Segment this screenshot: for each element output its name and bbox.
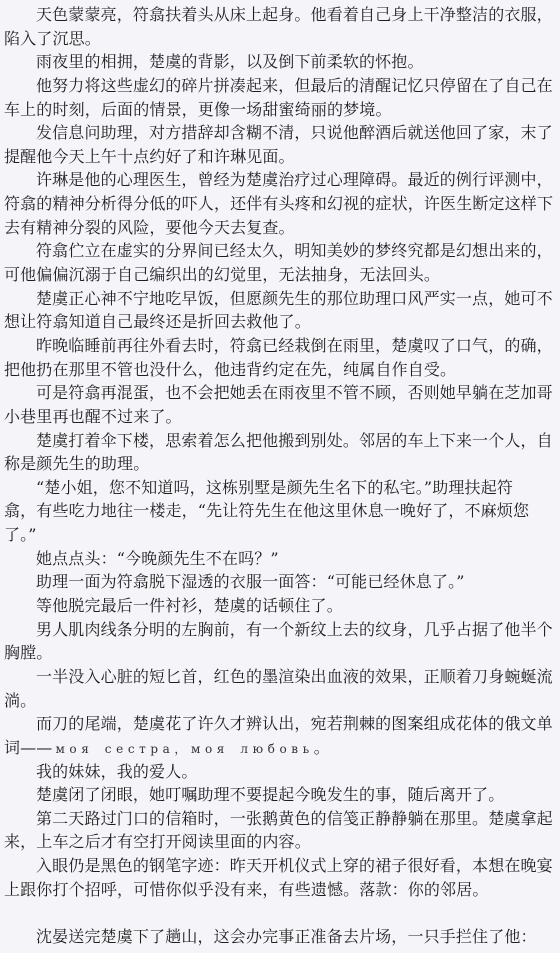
text-line: 一半没入心脏的短匕首，红色的墨渲染出血液的效果，正顺着刀身蜿蜒流 (4, 665, 560, 689)
text-line: 第二天路过门口的信箱时，一张鹅黄色的信笺正静静躺在那里。楚虞拿起 (4, 807, 560, 831)
text-line: 昨晚临睡前再往外看去时，符翕已经栽倒在雨里，楚虞叹了口气，的确， (4, 334, 560, 358)
text-line: 称是颜先生的助理。 (4, 452, 560, 476)
text-line: 符翕伫立在虚实的分界间已经太久，明知美妙的梦终究都是幻想出来的， (4, 239, 560, 263)
text-line: 助理一面为符翕脱下湿透的衣服一面答：“可能已经休息了。” (4, 570, 560, 594)
text-line: 提醒他今天上午十点约好了和许琳见面。 (4, 145, 560, 169)
text-line: 淌。 (4, 689, 560, 713)
text-line: 我的妹妹，我的爱人。 (4, 760, 560, 784)
scene-break (4, 901, 560, 925)
text-line: 翕，有些吃力地往一楼走，“先让符先生在他这里休息一晚好了，不麻烦您 (4, 499, 560, 523)
text-line: 男人肌肉线条分明的左胸前，有一个新纹上去的纹身，几乎占据了他半个 (4, 618, 560, 642)
paragraph: 天色蒙蒙亮，符翕扶着头从床上起身。他看着自己身上干净整洁的衣服， 陷入了沉思。 (4, 3, 560, 50)
paragraph: 昨晚临睡前再往外看去时，符翕已经栽倒在雨里，楚虞叹了口气，的确， 把他扔在那里不… (4, 334, 560, 381)
paragraph: 许琳是他的心理医生，曾经为楚虞治疗过心理障碍。最近的例行评测中， 符翕的精神分析… (4, 168, 560, 239)
paragraph: 可是符翕再混蛋，也不会把她丢在雨夜里不管不顾，否则她早躺在芝加哥 小巷里再也醒不… (4, 381, 560, 428)
paragraph: 助理一面为符翕脱下湿透的衣服一面答：“可能已经休息了。” (4, 570, 560, 594)
paragraph: 楚虞正心神不宁地吃早饭，但愿颜先生的那位助理口风严实一点，她可不 想让符翕知道自… (4, 287, 560, 334)
text-line: 等他脱完最后一件衬衫，楚虞的话顿住了。 (4, 594, 560, 618)
paragraph: 等他脱完最后一件衬衫，楚虞的话顿住了。 (4, 594, 560, 618)
text-line: 去有精神分裂的风险，要他今天去复查。 (4, 216, 560, 240)
paragraph: 楚虞闭了闭眼，她叮嘱助理不要提起今晚发生的事，随后离开了。 (4, 783, 560, 807)
russian-inscription: моя сестра，моя любовь (52, 742, 313, 756)
text-line: 许琳是他的心理医生，曾经为楚虞治疗过心理障碍。最近的例行评测中， (4, 168, 560, 192)
text-line: 小巷里再也醒不过来了。 (4, 405, 560, 429)
paragraph: 入眼仍是黑色的钢笔字迹：昨天开机仪式上穿的裙子很好看，本想在晚宴 上跟你打个招呼… (4, 854, 560, 901)
text-line: 可是符翕再混蛋，也不会把她丢在雨夜里不管不顾，否则她早躺在芝加哥 (4, 381, 560, 405)
reader-content[interactable]: 天色蒙蒙亮，符翕扶着头从床上起身。他看着自己身上干净整洁的衣服， 陷入了沉思。 … (0, 0, 560, 953)
text-line: 发信息问助理，对方措辞却含糊不清，只说他醉酒后就送他回了家，末了 (4, 121, 560, 145)
text-line: 可他偏偏沉溺于自己编织出的幻觉里，无法抽身，无法回头。 (4, 263, 560, 287)
text-line: 想让符翕知道自己最终还是折回去救他了。 (4, 310, 560, 334)
text-line: 楚虞闭了闭眼，她叮嘱助理不要提起今晚发生的事，随后离开了。 (4, 783, 560, 807)
text-line: 来，上车之后才有空打开阅读里面的内容。 (4, 830, 560, 854)
text-line: 胸膛。 (4, 641, 560, 665)
paragraph: 一半没入心脏的短匕首，红色的墨渲染出血液的效果，正顺着刀身蜿蜒流 淌。 (4, 665, 560, 712)
paragraph: 符翕伫立在虚实的分界间已经太久，明知美妙的梦终究都是幻想出来的， 可他偏偏沉溺于… (4, 239, 560, 286)
text-line: 她点点头：“今晚颜先生不在吗？” (4, 547, 560, 571)
paragraph: 我的妹妹，我的爱人。 (4, 760, 560, 784)
text-line: “楚小姐，您不知道吗，这栋别墅是颜先生名下的私宅。”助理扶起符 (4, 476, 560, 500)
paragraph: 第二天路过门口的信箱时，一张鹅黄色的信笺正静静躺在那里。楚虞拿起 来，上车之后才… (4, 807, 560, 854)
text-line: 他努力将这些虚幻的碎片拼凑起来，但最后的清醒记忆只停留在了自己在 (4, 74, 560, 98)
text-line: 楚虞打着伞下楼，思索着怎么把他搬到别处。邻居的车上下来一个人，自 (4, 429, 560, 453)
paragraph: 沈晏送完楚虞下了趟山，这会办完事正准备去片场，一只手拦住了他： (4, 925, 560, 949)
text-line: 入眼仍是黑色的钢笔字迹：昨天开机仪式上穿的裙子很好看，本想在晚宴 (4, 854, 560, 878)
text-line: 而刀的尾端，楚虞花了许久才辨认出，宛若荆棘的图案组成花体的俄文单 (4, 712, 560, 736)
paragraph: 发信息问助理，对方措辞却含糊不清，只说他醉酒后就送他回了家，末了 提醒他今天上午… (4, 121, 560, 168)
text-line: 沈晏送完楚虞下了趟山，这会办完事正准备去片场，一只手拦住了他： (4, 925, 560, 949)
text-line-with-russian: 词——моя сестра，моя любовь。 (4, 736, 560, 760)
text-line: 陷入了沉思。 (4, 27, 560, 51)
text-line: 天色蒙蒙亮，符翕扶着头从床上起身。他看着自己身上干净整洁的衣服， (4, 3, 560, 27)
paragraph: 雨夜里的相拥，楚虞的背影，以及倒下前柔软的怀抱。 (4, 50, 560, 74)
paragraph: 而刀的尾端，楚虞花了许久才辨认出，宛若荆棘的图案组成花体的俄文单 词——моя … (4, 712, 560, 759)
text-line: 把他扔在那里不管也没什么，他违背约定在先，纯属自作自受。 (4, 358, 560, 382)
paragraph: 她点点头：“今晚颜先生不在吗？” (4, 547, 560, 571)
text-line: 符翕的精神分析得分低的吓人，还伴有头疼和幻视的症状，许医生断定这样下 (4, 192, 560, 216)
paragraph: 男人肌肉线条分明的左胸前，有一个新纹上去的纹身，几乎占据了他半个 胸膛。 (4, 618, 560, 665)
paragraph: 楚虞打着伞下楼，思索着怎么把他搬到别处。邻居的车上下来一个人，自 称是颜先生的助… (4, 429, 560, 476)
text-line: 雨夜里的相拥，楚虞的背影，以及倒下前柔软的怀抱。 (4, 50, 560, 74)
text-line: 上跟你打个招呼，可惜你似乎没有来，有些遗憾。落款：你的邻居。 (4, 878, 560, 902)
text-suffix: 。 (314, 738, 330, 757)
text-prefix: 词—— (4, 738, 52, 757)
paragraph: “楚小姐，您不知道吗，这栋别墅是颜先生名下的私宅。”助理扶起符 翕，有些吃力地往… (4, 476, 560, 547)
text-line: 楚虞正心神不宁地吃早饭，但愿颜先生的那位助理口风严实一点，她可不 (4, 287, 560, 311)
text-line: 了。” (4, 523, 560, 547)
paragraph: 他努力将这些虚幻的碎片拼凑起来，但最后的清醒记忆只停留在了自己在 车上的时刻，后… (4, 74, 560, 121)
text-line: 车上的时刻，后面的情景，更像一场甜蜜绮丽的梦境。 (4, 98, 560, 122)
